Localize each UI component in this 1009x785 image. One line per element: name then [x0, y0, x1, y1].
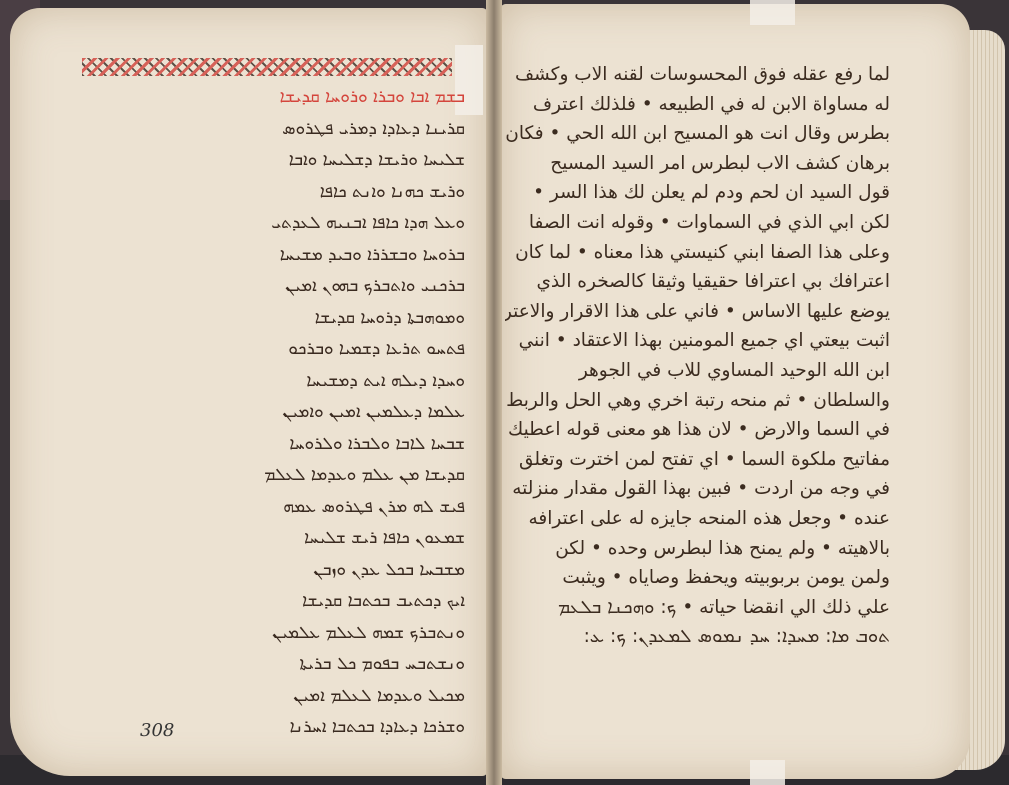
text-line: ابن الله الوحيد المساوي للاب في الجوهر [505, 356, 890, 386]
text-line: وعلى هذا الصفا ابني كنيستي هذا معناه • ل… [505, 238, 890, 268]
text-line: ܒܪܘܚܐ ܘܒܫܪܪܐ ܘܒܝܕ ܡܫܝܚܐ [95, 240, 465, 272]
arabic-text-block: لما رفع عقله فوق المحسوسات لقنه الاب وكش… [505, 60, 890, 652]
text-line: مفاتيح ملكوة السما • اي تفتح لمن اخترت و… [505, 445, 890, 475]
text-line: ܫܠܝܚܐ ܘܪܝܫܐ ܕܫܠܝܚܐ ܘܐܒܐ [95, 145, 465, 177]
text-line: ܫܡܥܘܢ ܟܐܦܐ ܪܝܫ ܫܠܝܚܐ [95, 523, 465, 555]
decorative-headpiece [82, 58, 452, 76]
text-line: عنده • وجعل هذه المنحه جايزه له على اعتر… [505, 504, 890, 534]
text-line: ܘܢܫܬܒܚ ܒܦܘܡ ܟܠ ܒܪܝܬܐ [95, 649, 465, 681]
manuscript-photo: ܒܫܡ ܐܒܐ ܘܒܪܐ ܘܪܘܚܐ ܩܕܝܫܐ ܩܪܝܢܐ ܕܥܐܕܐ ܕܡܪ… [0, 0, 1009, 785]
text-line: ܘܥܠ ܗܕܐ ܟܐܦܐ ܐܒܢܝܗ ܠܥܕܬܝ [95, 208, 465, 240]
text-line: اثبت بيعتي اي جميع المومنين بهذا الاعتقا… [505, 326, 890, 356]
folio-number: 308 [140, 720, 174, 741]
text-line: بالاهيته • ولم يمنح هذا لبطرس وحده • لكن [505, 534, 890, 564]
text-line: ܒܫܡ ܐܒܐ ܘܒܪܐ ܘܪܘܚܐ ܩܕܝܫܐ [95, 82, 465, 114]
paper-tab [750, 760, 785, 785]
text-line: اعترافك بي اعترافا حقيقيا وثيقا كالصخره … [505, 267, 890, 297]
text-line: له مساواة الابن له في الطبيعه • فلذلك اع… [505, 90, 890, 120]
text-line: في وجه من اردت • فبين بهذا القول مقدار م… [505, 474, 890, 504]
text-line: ܐܝܟ ܕܟܬܝܒ ܒܟܬܒܐ ܩܕܝܫܐ [95, 586, 465, 618]
text-line: ܦܬܚܘ ܬܪܥܐ ܕܫܡܝܐ ܘܒܪܟܘ [95, 334, 465, 366]
text-line: ولمن يومن بربوبيته ويحفظ وصاياه • ويثبت [505, 563, 890, 593]
gutter [486, 0, 502, 785]
paper-tab [750, 0, 795, 25]
text-line: لكن ابي الذي في السماوات • وقوله انت الص… [505, 208, 890, 238]
text-line: ܥܠܡܐ ܕܥܠܡܝܢ ܐܡܝܢ ܘܐܡܝܢ [95, 397, 465, 429]
text-line: والسلطان • ثم منحه رتبة اخري وهي الحل وا… [505, 386, 890, 416]
text-line: ܫܒܚܐ ܠܐܒܐ ܘܠܒܪܐ ܘܠܪܘܚܐ [95, 429, 465, 461]
text-line: ܒܪܟܢܝ ܘܐܬܒܪܟ ܒܗܘܢ ܐܡܝܢ [95, 271, 465, 303]
text-line: ܘܡܘܗܒܬܐ ܕܪܘܚܐ ܩܕܝܫܐ [95, 303, 465, 335]
text-line: علي ذلك الي انقضا حياته • ܟ: ܘܗܟܢܐ ܒܠܥܡ [505, 593, 890, 623]
text-line: بطرس وقال انت هو المسيح ابن الله الحي • … [505, 119, 890, 149]
text-line: برهان كشف الاب لبطرس امر السيد المسيح [505, 149, 890, 179]
text-line: ܩܪܝܢܐ ܕܥܐܕܐ ܕܡܪܝ ܦܛܪܘܣ [95, 114, 465, 146]
text-line: لما رفع عقله فوق المحسوسات لقنه الاب وكش… [505, 60, 890, 90]
text-line: يوضع عليها الاساس • فاني على هذا الاقرار… [505, 297, 890, 327]
text-line: ܘܚܕܐ ܕܝܠܗ ܐܝܬ ܕܡܫܝܚܐ [95, 366, 465, 398]
text-line: ܡܟܝܠ ܘܥܕܡܐ ܠܥܠܡ ܐܡܝܢ [95, 681, 465, 713]
text-line: ܬܘܒ ܡܐ: ܡܚܕܐ: ܚܕ ܢܡܘܣ ܠܡܥܕܢ: ܟ: ܥ: [505, 622, 890, 652]
text-line: ܘܪܝܫ ܟܗܢܐ ܘܐܢܬ ܟܐܦܐ [95, 177, 465, 209]
text-line: ܘܢܬܒܪܟ ܫܡܗ ܠܥܠܡ ܥܠܡܝܢ [95, 618, 465, 650]
text-line: ܩܕܝܫܐ ܡܢ ܥܠܡ ܘܥܕܡܐ ܠܥܠܡ [95, 460, 465, 492]
text-line: في السما والارض • لان هذا هو معنى قوله ا… [505, 415, 890, 445]
text-line: قول السيد ان لحم ودم لم يعلن لك هذا السر… [505, 178, 890, 208]
text-line: ܦܝܫ ܠܗ ܡܪܢ ܦܛܪܘܣ ܥܡܗ [95, 492, 465, 524]
syriac-text-block: ܒܫܡ ܐܒܐ ܘܒܪܐ ܘܪܘܚܐ ܩܕܝܫܐ ܩܪܝܢܐ ܕܥܐܕܐ ܕܡܪ… [95, 82, 465, 744]
text-line: ܡܫܒܚܐ ܒܟܠ ܥܕܢ ܘܙܒܢ [95, 555, 465, 587]
